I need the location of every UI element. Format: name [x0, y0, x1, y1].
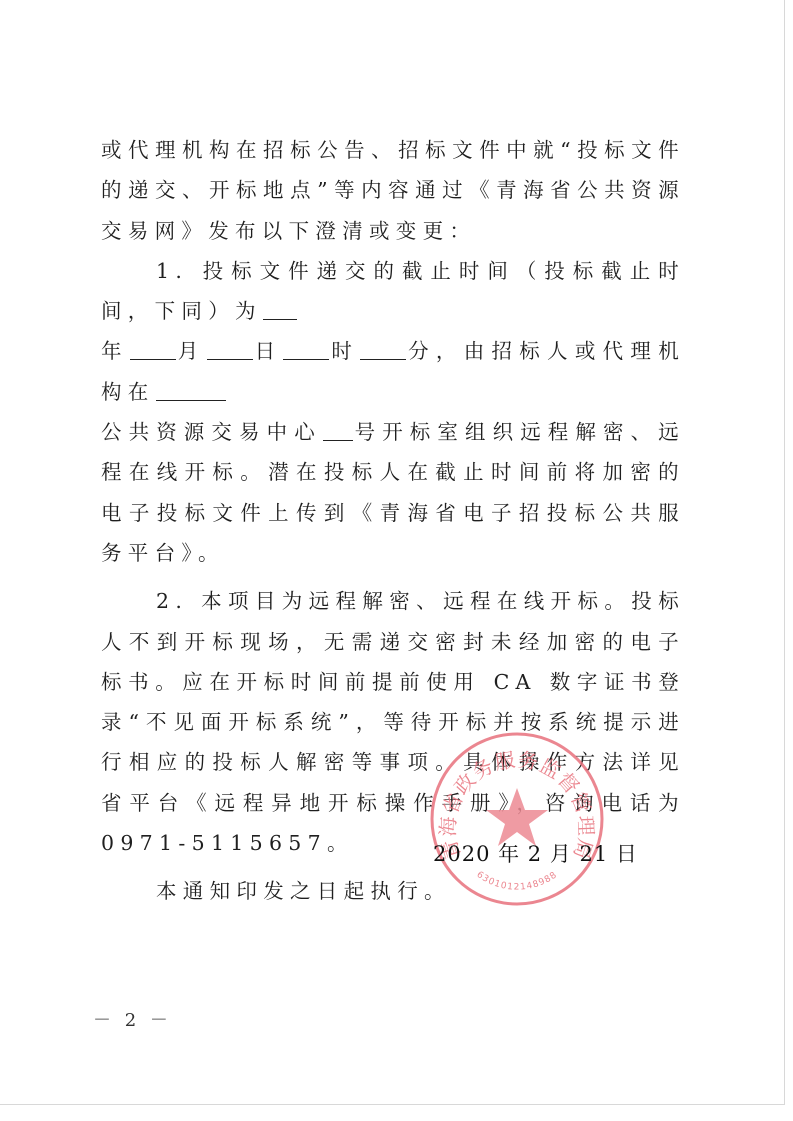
center-label: 公共资源交易中心 [101, 420, 322, 444]
month-label: 月 [177, 339, 206, 363]
page-number: － 2 － [93, 1006, 172, 1032]
seal-code: 6301012148988 [475, 870, 560, 893]
hour-label: 时 [330, 339, 359, 363]
issue-date: 2020 年 2 月 21 日 [433, 838, 638, 868]
hour-blank [283, 339, 329, 361]
intro-paragraph: 或代理机构在招标公告、招标文件中就“投标文件的递交、开标地点”等内容通过《青海省… [101, 130, 685, 251]
item1-text-start: 1. 投标文件递交的截止时间（投标截止时间，下同）为 [101, 259, 685, 323]
seal-icon: 青海省政务服务监督管理局 6301012148988 [428, 730, 606, 908]
svg-text:6301012148988: 6301012148988 [475, 870, 560, 893]
item1-paragraph: 1. 投标文件递交的截止时间（投标截止时间，下同）为 年月日时分，由招标人或代理… [101, 251, 685, 573]
official-seal: 青海省政务服务监督管理局 6301012148988 [428, 730, 606, 908]
year-label: 年 [101, 339, 129, 363]
day-label: 日 [254, 339, 283, 363]
month-blank [130, 339, 176, 361]
room-blank [323, 420, 353, 442]
location-blank [156, 379, 226, 401]
intro-text: 或代理机构在招标公告、招标文件中就“投标文件的递交、开标地点”等内容通过《青海省… [101, 138, 685, 243]
day-blank [207, 339, 253, 361]
year-blank [263, 299, 297, 321]
minute-blank [360, 339, 406, 361]
closing-text: 本通知印发之日起执行。 [156, 879, 451, 903]
